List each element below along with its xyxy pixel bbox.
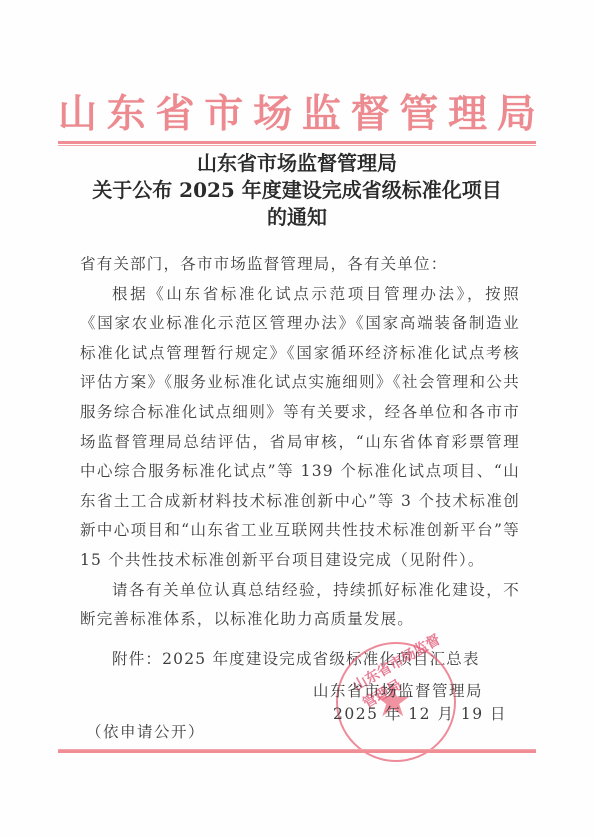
- disclosure-note: （依申请公开）: [86, 720, 205, 742]
- title-line-1: 山东省市场监督管理局: [0, 150, 594, 177]
- paragraph-1: 根据《山东省标准化试点示范项目管理办法》，按照《国家农业标准化示范区管理办法》《…: [80, 280, 520, 576]
- masthead-char: 监: [302, 83, 341, 139]
- issue-date: 2025 年 12 月 19 日: [333, 702, 507, 724]
- masthead-char: 市: [204, 83, 243, 139]
- title-line-3: 的通知: [0, 204, 594, 231]
- masthead-char: 管: [399, 83, 438, 139]
- masthead-char: 山: [58, 83, 97, 139]
- salutation: 省有关部门，各市市场监督管理局，各有关单位：: [80, 250, 520, 280]
- masthead-divider: [58, 141, 536, 146]
- title-line-2: 关于公布 2025 年度建设完成省级标准化项目: [0, 177, 594, 204]
- masthead: 山 东 省 市 场 监 督 管 理 局: [58, 88, 536, 134]
- masthead-char: 督: [351, 83, 390, 139]
- masthead-char: 场: [253, 83, 292, 139]
- masthead-char: 东: [107, 83, 146, 139]
- document-body: 省有关部门，各市市场监督管理局，各有关单位： 根据《山东省标准化试点示范项目管理…: [80, 250, 520, 674]
- issuer-signature: 山东省市场监督管理局: [313, 679, 483, 701]
- footer-divider: [58, 748, 536, 753]
- masthead-char: 省: [156, 83, 195, 139]
- masthead-char: 理: [448, 83, 487, 139]
- masthead-char: 局: [497, 83, 536, 139]
- paragraph-2: 请各有关单位认真总结经验，持续抓好标准化建设，不断完善标准体系，以标准化助力高质…: [80, 576, 520, 635]
